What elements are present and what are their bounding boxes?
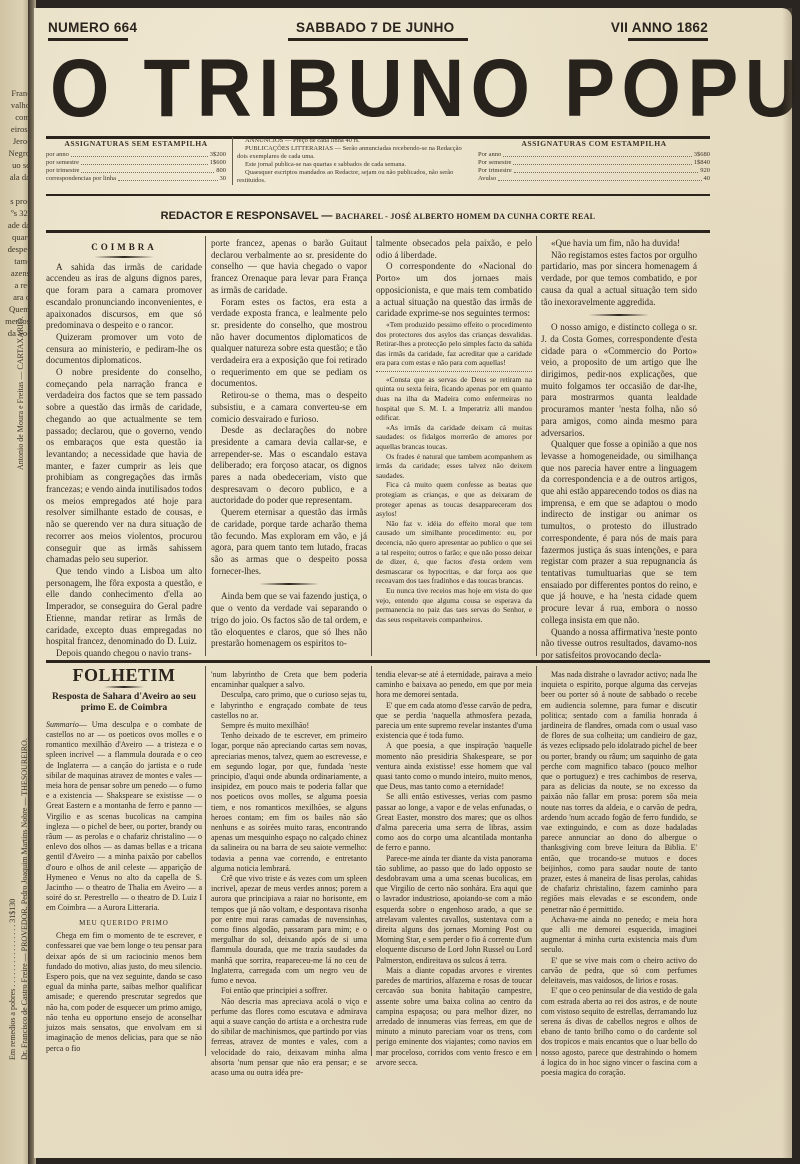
spine-vertical-line-2: Em remedios a pobres . . . . . . . . . .…: [8, 899, 17, 1060]
quoted-paragraph: «As irmãs da caridade deixam cá muitas s…: [376, 423, 532, 452]
spine-fragment: Fran-: [2, 88, 30, 100]
quoted-paragraph: Fica cá muito quem confesse as beatas qu…: [376, 480, 532, 518]
article-paragraph: «Que havia um fim, não ha duvida!: [541, 238, 697, 250]
article-paragraph: O correspondente do «Nacional do Porto» …: [376, 261, 532, 320]
folhetim-column-4: Mas nada distrahe o lavrador activo; nad…: [541, 670, 697, 1078]
spine-fragment: despe-: [2, 244, 30, 256]
column-divider: [205, 666, 206, 1056]
column-divider: [536, 666, 537, 1056]
dot-leader: [503, 151, 691, 157]
article-paragraph: Quando a nossa affirmativa 'neste ponto …: [541, 627, 697, 662]
folhetim-heading: FOLHETIM: [46, 670, 202, 682]
folhetim-paragraph: Sempre és muito mexilhão!: [211, 721, 367, 731]
folhetim-paragraph: tendia elevar-se até á eternidade, paira…: [376, 670, 532, 701]
dotted-separator: [376, 371, 532, 372]
subscriptions-heading: ASSIGNATURAS SEM ESTAMPILHA: [46, 140, 226, 148]
price-row: correspondencias por linha30: [46, 175, 226, 183]
folhetim-paragraph: Foi então que principiei a soffrer.: [211, 986, 367, 996]
folhetim-paragraph: Parece-me ainda ter diante da vista pano…: [376, 854, 532, 966]
dot-leader: [514, 167, 698, 173]
folhetim-paragraph: E' que se vive mais com o cheiro activo …: [541, 956, 697, 987]
column-divider: [536, 236, 537, 656]
editor-line: REDACTOR E RESPONSAVEL — BACHAREL - JOSÉ…: [46, 210, 710, 222]
article-paragraph: talmente obsecados pela paixão, e pelo o…: [376, 238, 532, 261]
folhetim-paragraph: Chega em fim o momento de te escrever, e…: [46, 931, 202, 1053]
article-paragraph: Depois quando chegou o navio trans-: [46, 648, 202, 660]
dot-leader: [498, 175, 701, 181]
article-paragraph: A sahida das irmãs de caridade accendeu …: [46, 262, 202, 332]
article-paragraph: porte francez, apenas o barão Guitaut de…: [211, 238, 367, 297]
spine-fragment: com: [2, 112, 30, 124]
price-row: por semestre1$600: [46, 159, 226, 167]
article-paragraph: Não registamos estes factos por orgulho …: [541, 250, 697, 309]
spine-fragment: quar-: [2, 232, 30, 244]
price-value: 1$600: [210, 159, 226, 167]
price-label: correspondencias por linha: [46, 175, 116, 183]
price-value: 40: [704, 175, 711, 183]
folhetim-paragraph: Tenho deixado de te escrever, em primeir…: [211, 731, 367, 874]
dot-leader: [81, 167, 214, 173]
spine-fragment: Negro: [2, 148, 30, 160]
article-paragraph: Que tendo vindo a Lisboa um alto persona…: [46, 566, 202, 648]
folhetim-paragraph: Se alli então estivesses, verias com pas…: [376, 792, 532, 853]
price-label: por anno: [46, 151, 69, 159]
price-row: Avulso40: [478, 175, 710, 183]
article-paragraph: Ainda bem que se vai fazendo justiça, o …: [211, 591, 367, 650]
subscription-rule: [46, 194, 710, 196]
price-label: por trimestre: [46, 167, 79, 175]
dot-leader: [118, 175, 217, 181]
spine-fragment: Jero-: [2, 136, 30, 148]
article-paragraph: Qualquer que fosse a opinião a que nos l…: [541, 439, 697, 626]
spine-fragment: tam-: [2, 256, 30, 268]
spine-fragment: a re-: [2, 280, 30, 292]
column-divider: [371, 236, 372, 656]
article-paragraph: Quizeram promover um voto de censura ao …: [46, 332, 202, 367]
article-paragraph: Desde as declarações do nobre presidente…: [211, 425, 367, 507]
spine-fragment: valho: [2, 100, 30, 112]
price-value: 30: [220, 175, 227, 183]
dot-leader: [81, 159, 208, 165]
notice-line: ANNUNCIOS — Preço de cada linha 40 rs.: [237, 137, 472, 145]
rule: [48, 38, 128, 41]
notice-line: Este jornal publica-se nas quartas e sab…: [237, 161, 472, 169]
spine-fragment: Quem: [2, 304, 30, 316]
section-title-coimbra: COIMBRA: [46, 242, 202, 254]
spine-fragment: uo se: [2, 160, 30, 172]
price-value: 3$200: [210, 151, 226, 159]
newspaper-title: O TRIBUNO POPULAR: [50, 44, 666, 134]
subscriptions-with-stamp: ASSIGNATURAS COM ESTAMPILHA Por anno3$68…: [478, 140, 710, 183]
price-row: Por trimestre920: [478, 167, 710, 175]
spine-fragment: s pro-: [2, 196, 30, 208]
summary-label: Summario: [46, 720, 79, 729]
issue-number: NUMERO 664: [48, 20, 137, 35]
issue-info-bar: NUMERO 664 SABBADO 7 DE JUNHO VII ANNO 1…: [48, 20, 708, 44]
folhetim-column-1: FOLHETIM Resposta de Sahara d'Aveiro ao …: [46, 668, 202, 1054]
spine-fragment: eiros;: [2, 124, 30, 136]
quoted-paragraph: Eu nunca tive receios mas hoje em vista …: [376, 586, 532, 624]
price-label: Por trimestre: [478, 167, 512, 175]
column-divider: [371, 666, 372, 1056]
quoted-paragraph: «Consta que as servas de Deus se retiram…: [376, 375, 532, 423]
spine-vertical-line-1: Antonio de Moura e Freitas — CARTAXARIO.: [16, 316, 25, 470]
price-value: 920: [700, 167, 710, 175]
folhetim-column-3: tendia elevar-se até á eternidade, paira…: [376, 670, 532, 1068]
ornament-divider: [94, 256, 154, 258]
folhetim-paragraph: Mas nada distrahe o lavrador activo; nad…: [541, 670, 697, 915]
ornament-divider: [259, 583, 319, 585]
article-paragraph: Retirou-se o thema, mas o despeito subsi…: [211, 390, 367, 425]
salutation: MEU QUERIDO PRIMO: [46, 918, 202, 930]
price-label: por semestre: [46, 159, 79, 167]
folhetim-paragraph: E' que o ceo peninsular de dia vestido d…: [541, 986, 697, 1078]
article-column-2: porte francez, apenas o barão Guitaut de…: [211, 238, 367, 650]
folhetim-column-2: 'num labyrintho de Creta que bem poderia…: [211, 670, 367, 1078]
notices-block: ANNUNCIOS — Preço de cada linha 40 rs.PU…: [232, 137, 472, 185]
quoted-paragraph: «Tem produzido pessimo effeito o procedi…: [376, 320, 532, 368]
price-label: Por semestre: [478, 159, 511, 167]
dot-leader: [71, 151, 208, 157]
article-column-4: «Que havia um fim, não ha duvida!Não reg…: [541, 238, 697, 662]
article-paragraph: Foram estes os factos, era esta a verdad…: [211, 297, 367, 391]
price-value: 800: [216, 167, 226, 175]
spine-fragment: azens: [2, 268, 30, 280]
spine-fragment: ara o: [2, 292, 30, 304]
folhetim-paragraph: Achava-me ainda no penedo; e meia hora q…: [541, 915, 697, 956]
folhetim-paragraph: Crê que vivo triste e ás vezes com um sp…: [211, 874, 367, 986]
rule: [628, 38, 708, 41]
price-value: 3$680: [694, 151, 710, 159]
editor-rule: [46, 230, 710, 233]
price-row: por anno3$200: [46, 151, 226, 159]
dot-leader: [513, 159, 691, 165]
subscriptions-without-stamp: ASSIGNATURAS SEM ESTAMPILHA por anno3$20…: [46, 140, 226, 183]
newspaper-page: NUMERO 664 SABBADO 7 DE JUNHO VII ANNO 1…: [34, 8, 792, 1158]
spine-fragment: ade da: [2, 220, 30, 232]
editor-name: BACHAREL - JOSÉ ALBERTO HOMEM DA CUNHA C…: [336, 212, 596, 221]
ornament-divider: [589, 314, 649, 316]
spine-fragment: ala da: [2, 172, 30, 184]
rule: [288, 38, 468, 41]
issue-date: SABBADO 7 DE JUNHO: [296, 20, 454, 35]
subscriptions-heading: ASSIGNATURAS COM ESTAMPILHA: [478, 140, 710, 148]
notice-line: Quaesquer escriptos mandados ao Redactor…: [237, 169, 472, 185]
folhetim-paragraph: Mais a diante copadas arvores e virentes…: [376, 966, 532, 1068]
price-label: Avulso: [478, 175, 496, 183]
story-title: Resposta de Sahara d'Aveiro ao seu primo…: [46, 692, 202, 714]
quoted-paragraph: Não faz v. idéia do effeito moral que te…: [376, 519, 532, 586]
issue-year: VII ANNO 1862: [611, 20, 708, 35]
article-paragraph: O nobre presidente do conselho, começand…: [46, 367, 202, 566]
article-paragraph: O nosso amigo, e distincto collega o sr.…: [541, 322, 697, 439]
notice-line: PUBLICAÇÕES LITTERARIAS — Serão annuncia…: [237, 145, 472, 161]
folhetim-paragraph: Não descria mas apreciava acolá o viço e…: [211, 997, 367, 1079]
subscription-block: ASSIGNATURAS SEM ESTAMPILHA por anno3$20…: [46, 140, 710, 190]
article-column-3: talmente obsecados pela paixão, e pelo o…: [376, 238, 532, 624]
price-label: Por anno: [478, 151, 501, 159]
price-value: 1$840: [694, 159, 710, 167]
column-divider: [205, 236, 206, 656]
article-column-1: COIMBRA A sahida das irmãs de caridade a…: [46, 238, 202, 660]
spine-fragment: ºs 32,: [2, 208, 30, 220]
editor-label: REDACTOR E RESPONSAVEL —: [161, 210, 333, 222]
price-row: Por semestre1$840: [478, 159, 710, 167]
folhetim-paragraph: A que poesia, a que inspiração 'naquelle…: [376, 741, 532, 792]
folhetim-rule: [46, 660, 710, 663]
summary: Summario— Uma desculpa e o combate de ca…: [46, 720, 202, 914]
price-row: Por anno3$680: [478, 151, 710, 159]
folhetim-paragraph: E' que em cada atomo d'esse carvão de pe…: [376, 701, 532, 742]
folhetim-paragraph: 'num labyrintho de Creta que bem poderia…: [211, 670, 367, 690]
quoted-paragraph: Os frades é natural que tambem acompanhe…: [376, 452, 532, 481]
folhetim-paragraph: Desculpa, caro primo, que o curioso seja…: [211, 690, 367, 721]
price-row: por trimestre800: [46, 167, 226, 175]
ornament-divider: [104, 686, 144, 688]
article-paragraph: Querem eternisar a questão das irmãs de …: [211, 507, 367, 577]
